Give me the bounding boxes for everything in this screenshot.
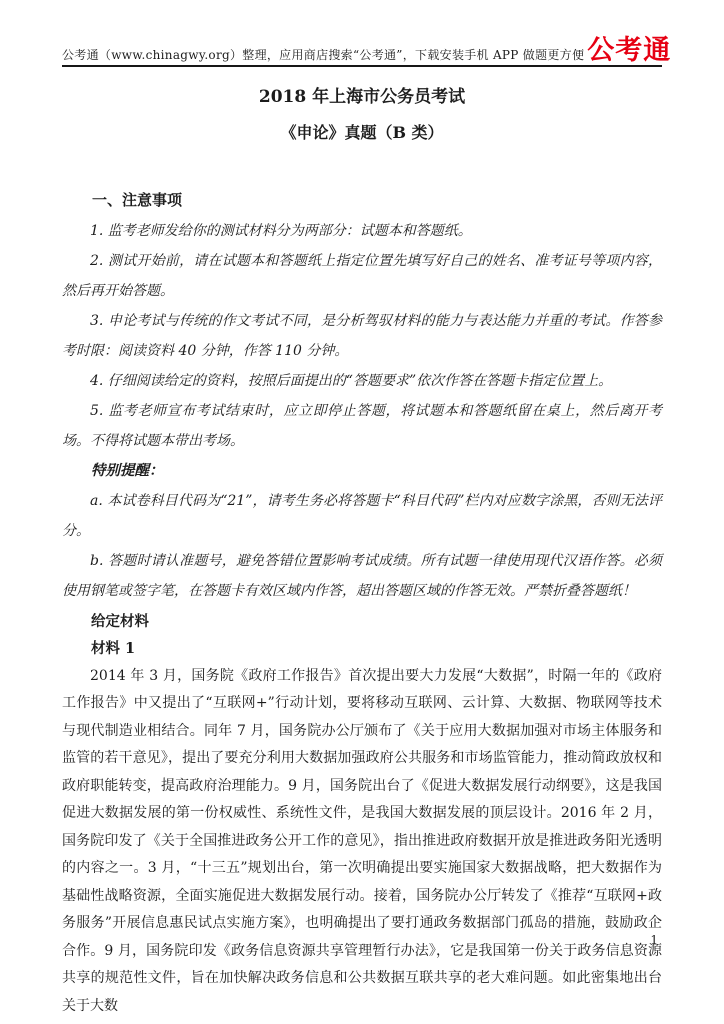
reminder-item-a: a. 本试卷科目代码为“21”，请考生务必将答题卡“科目代码”栏内对应数字涂黑，… [62, 486, 662, 546]
given-materials-heading: 给定材料 [62, 608, 662, 635]
notice-item-4: 4. 仔细阅读给定的资料，按照后面提出的“答题要求”依次作答在答题卡指定位置上。 [62, 366, 662, 396]
header-site-info: 公考通（www.chinagwy.org）整理，应用商店搜索“公考通”，下载安装… [62, 48, 584, 63]
page-header: 公考通（www.chinagwy.org）整理，应用商店搜索“公考通”，下载安装… [62, 0, 662, 67]
material-1-heading: 材料 1 [62, 635, 662, 662]
reminder-item-b: b. 答题时请认准题号，避免答错位置影响考试成绩。所有试题一律使用现代汉语作答。… [62, 546, 662, 606]
notice-section-heading: 一、注意事项 [62, 189, 662, 210]
notice-item-2: 2. 测试开始前，请在试题本和答题纸上指定位置先填写好自己的姓名、准考证号等项内… [62, 246, 662, 306]
special-reminder-heading: 特别提醒： [62, 456, 662, 486]
material-1-paragraph: 2014 年 3 月，国务院《政府工作报告》首次提出要大力发展“大数据”，时隔一… [62, 663, 662, 1021]
notice-item-3: 3. 申论考试与传统的作文考试不同，是分析驾驭材料的能力与表达能力并重的考试。作… [62, 306, 662, 366]
gongkaotong-logo: 公考通 [587, 40, 671, 63]
page-number: 1 [650, 933, 658, 947]
notice-item-1: 1. 监考老师发给你的测试材料分为两部分：试题本和答题纸。 [62, 216, 662, 246]
document-title: 2018 年上海市公务员考试 [62, 82, 662, 107]
notice-item-5: 5. 监考老师宣布考试结束时，应立即停止答题，将试题本和答题纸留在桌上，然后离开… [62, 396, 662, 456]
document-subtitle: 《申论》真题（B 类） [62, 120, 662, 143]
document-page: 公考通（www.chinagwy.org）整理，应用商店搜索“公考通”，下载安装… [0, 0, 724, 1024]
